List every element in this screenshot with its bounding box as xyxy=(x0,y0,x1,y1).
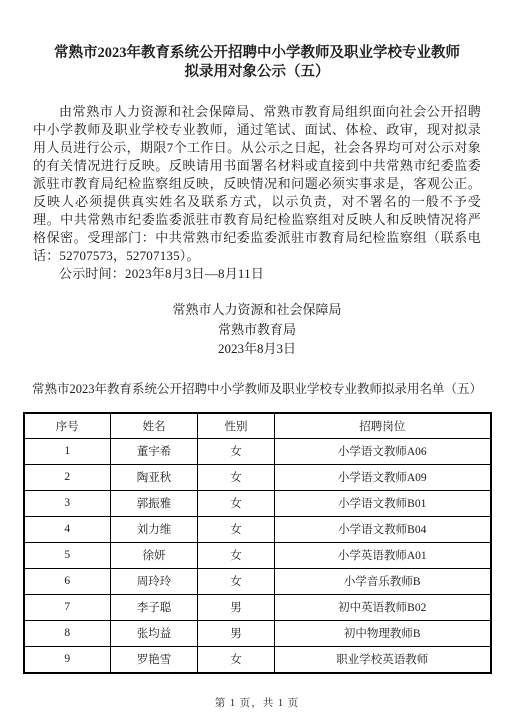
cell-position: 小学语文教师A06 xyxy=(275,438,491,464)
cell-gender: 女 xyxy=(198,568,275,594)
column-header-position: 招聘岗位 xyxy=(275,413,491,439)
roster-table-title: 常熟市2023年教育系统公开招聘中小学教师及职业学校专业教师拟录用名单（五） xyxy=(0,379,514,397)
page-title-line2: 拟录用对象公示（五） xyxy=(40,63,474,82)
cell-gender: 女 xyxy=(198,542,275,568)
cell-name: 周玲玲 xyxy=(111,568,198,594)
cell-name: 张均益 xyxy=(111,620,198,646)
cell-position: 小学音乐教师B xyxy=(275,568,491,594)
cell-index: 5 xyxy=(24,542,111,568)
page-number-footer: 第 1 页，共 1 页 xyxy=(0,695,514,710)
roster-table: 序号 姓名 性别 招聘岗位 1董宇希女小学语文教师A062陶亚秋女小学语文教师A… xyxy=(23,412,492,674)
document-page: 常熟市2023年教育系统公开招聘中小学教师及职业学校专业教师 拟录用对象公示（五… xyxy=(0,0,514,726)
cell-gender: 女 xyxy=(198,646,275,673)
cell-gender: 男 xyxy=(198,620,275,646)
cell-index: 3 xyxy=(24,490,111,516)
table-row: 8张均益男初中物理教师B xyxy=(24,620,491,646)
cell-index: 6 xyxy=(24,568,111,594)
cell-name: 刘力维 xyxy=(111,516,198,542)
column-header-gender: 性别 xyxy=(198,413,275,439)
signature-line-bureau1: 常熟市人力资源和社会保障局 xyxy=(0,300,514,320)
roster-table-header: 序号 姓名 性别 招聘岗位 xyxy=(24,413,491,439)
header-row: 序号 姓名 性别 招聘岗位 xyxy=(24,413,491,439)
signature-block: 常熟市人力资源和社会保障局 常熟市教育局 2023年8月3日 xyxy=(0,300,514,359)
column-header-index: 序号 xyxy=(24,413,111,439)
roster-table-body: 1董宇希女小学语文教师A062陶亚秋女小学语文教师A093郭振雅女小学语文教师B… xyxy=(24,438,491,673)
table-row: 7李子聪男初中英语教师B02 xyxy=(24,594,491,620)
cell-gender: 女 xyxy=(198,490,275,516)
page-title: 常熟市2023年教育系统公开招聘中小学教师及职业学校专业教师 拟录用对象公示（五… xyxy=(40,44,474,82)
signature-line-bureau2: 常熟市教育局 xyxy=(0,320,514,340)
page-title-line1: 常熟市2023年教育系统公开招聘中小学教师及职业学校专业教师 xyxy=(40,44,474,63)
cell-name: 罗艳雪 xyxy=(111,646,198,673)
cell-name: 郭振雅 xyxy=(111,490,198,516)
signature-line-date: 2023年8月3日 xyxy=(0,339,514,359)
cell-position: 职业学校英语教师 xyxy=(275,646,491,673)
cell-gender: 女 xyxy=(198,438,275,464)
cell-index: 2 xyxy=(24,464,111,490)
announcement-paragraph: 由常熟市人力资源和社会保障局、常熟市教育局组织面向社会公开招聘中小学教师及职业学… xyxy=(33,103,481,265)
cell-position: 小学语文教师B04 xyxy=(275,516,491,542)
cell-name: 陶亚秋 xyxy=(111,464,198,490)
table-row: 9罗艳雪女职业学校英语教师 xyxy=(24,646,491,673)
table-row: 6周玲玲女小学音乐教师B xyxy=(24,568,491,594)
cell-position: 初中物理教师B xyxy=(275,620,491,646)
cell-position: 小学语文教师A09 xyxy=(275,464,491,490)
cell-gender: 女 xyxy=(198,464,275,490)
cell-position: 初中英语教师B02 xyxy=(275,594,491,620)
publicity-period-line: 公示时间：2023年8月3日—8月11日 xyxy=(33,265,481,283)
cell-name: 徐妍 xyxy=(111,542,198,568)
table-row: 4刘力维女小学语文教师B04 xyxy=(24,516,491,542)
cell-index: 4 xyxy=(24,516,111,542)
cell-name: 董宇希 xyxy=(111,438,198,464)
table-row: 5徐妍女小学英语教师A01 xyxy=(24,542,491,568)
column-header-name: 姓名 xyxy=(111,413,198,439)
cell-gender: 男 xyxy=(198,594,275,620)
cell-index: 1 xyxy=(24,438,111,464)
table-row: 2陶亚秋女小学语文教师A09 xyxy=(24,464,491,490)
cell-name: 李子聪 xyxy=(111,594,198,620)
cell-position: 小学英语教师A01 xyxy=(275,542,491,568)
cell-index: 7 xyxy=(24,594,111,620)
table-row: 3郭振雅女小学语文教师B01 xyxy=(24,490,491,516)
cell-position: 小学语文教师B01 xyxy=(275,490,491,516)
cell-gender: 女 xyxy=(198,516,275,542)
cell-index: 8 xyxy=(24,620,111,646)
table-row: 1董宇希女小学语文教师A06 xyxy=(24,438,491,464)
cell-index: 9 xyxy=(24,646,111,673)
document-body: 由常熟市人力资源和社会保障局、常熟市教育局组织面向社会公开招聘中小学教师及职业学… xyxy=(33,103,481,283)
